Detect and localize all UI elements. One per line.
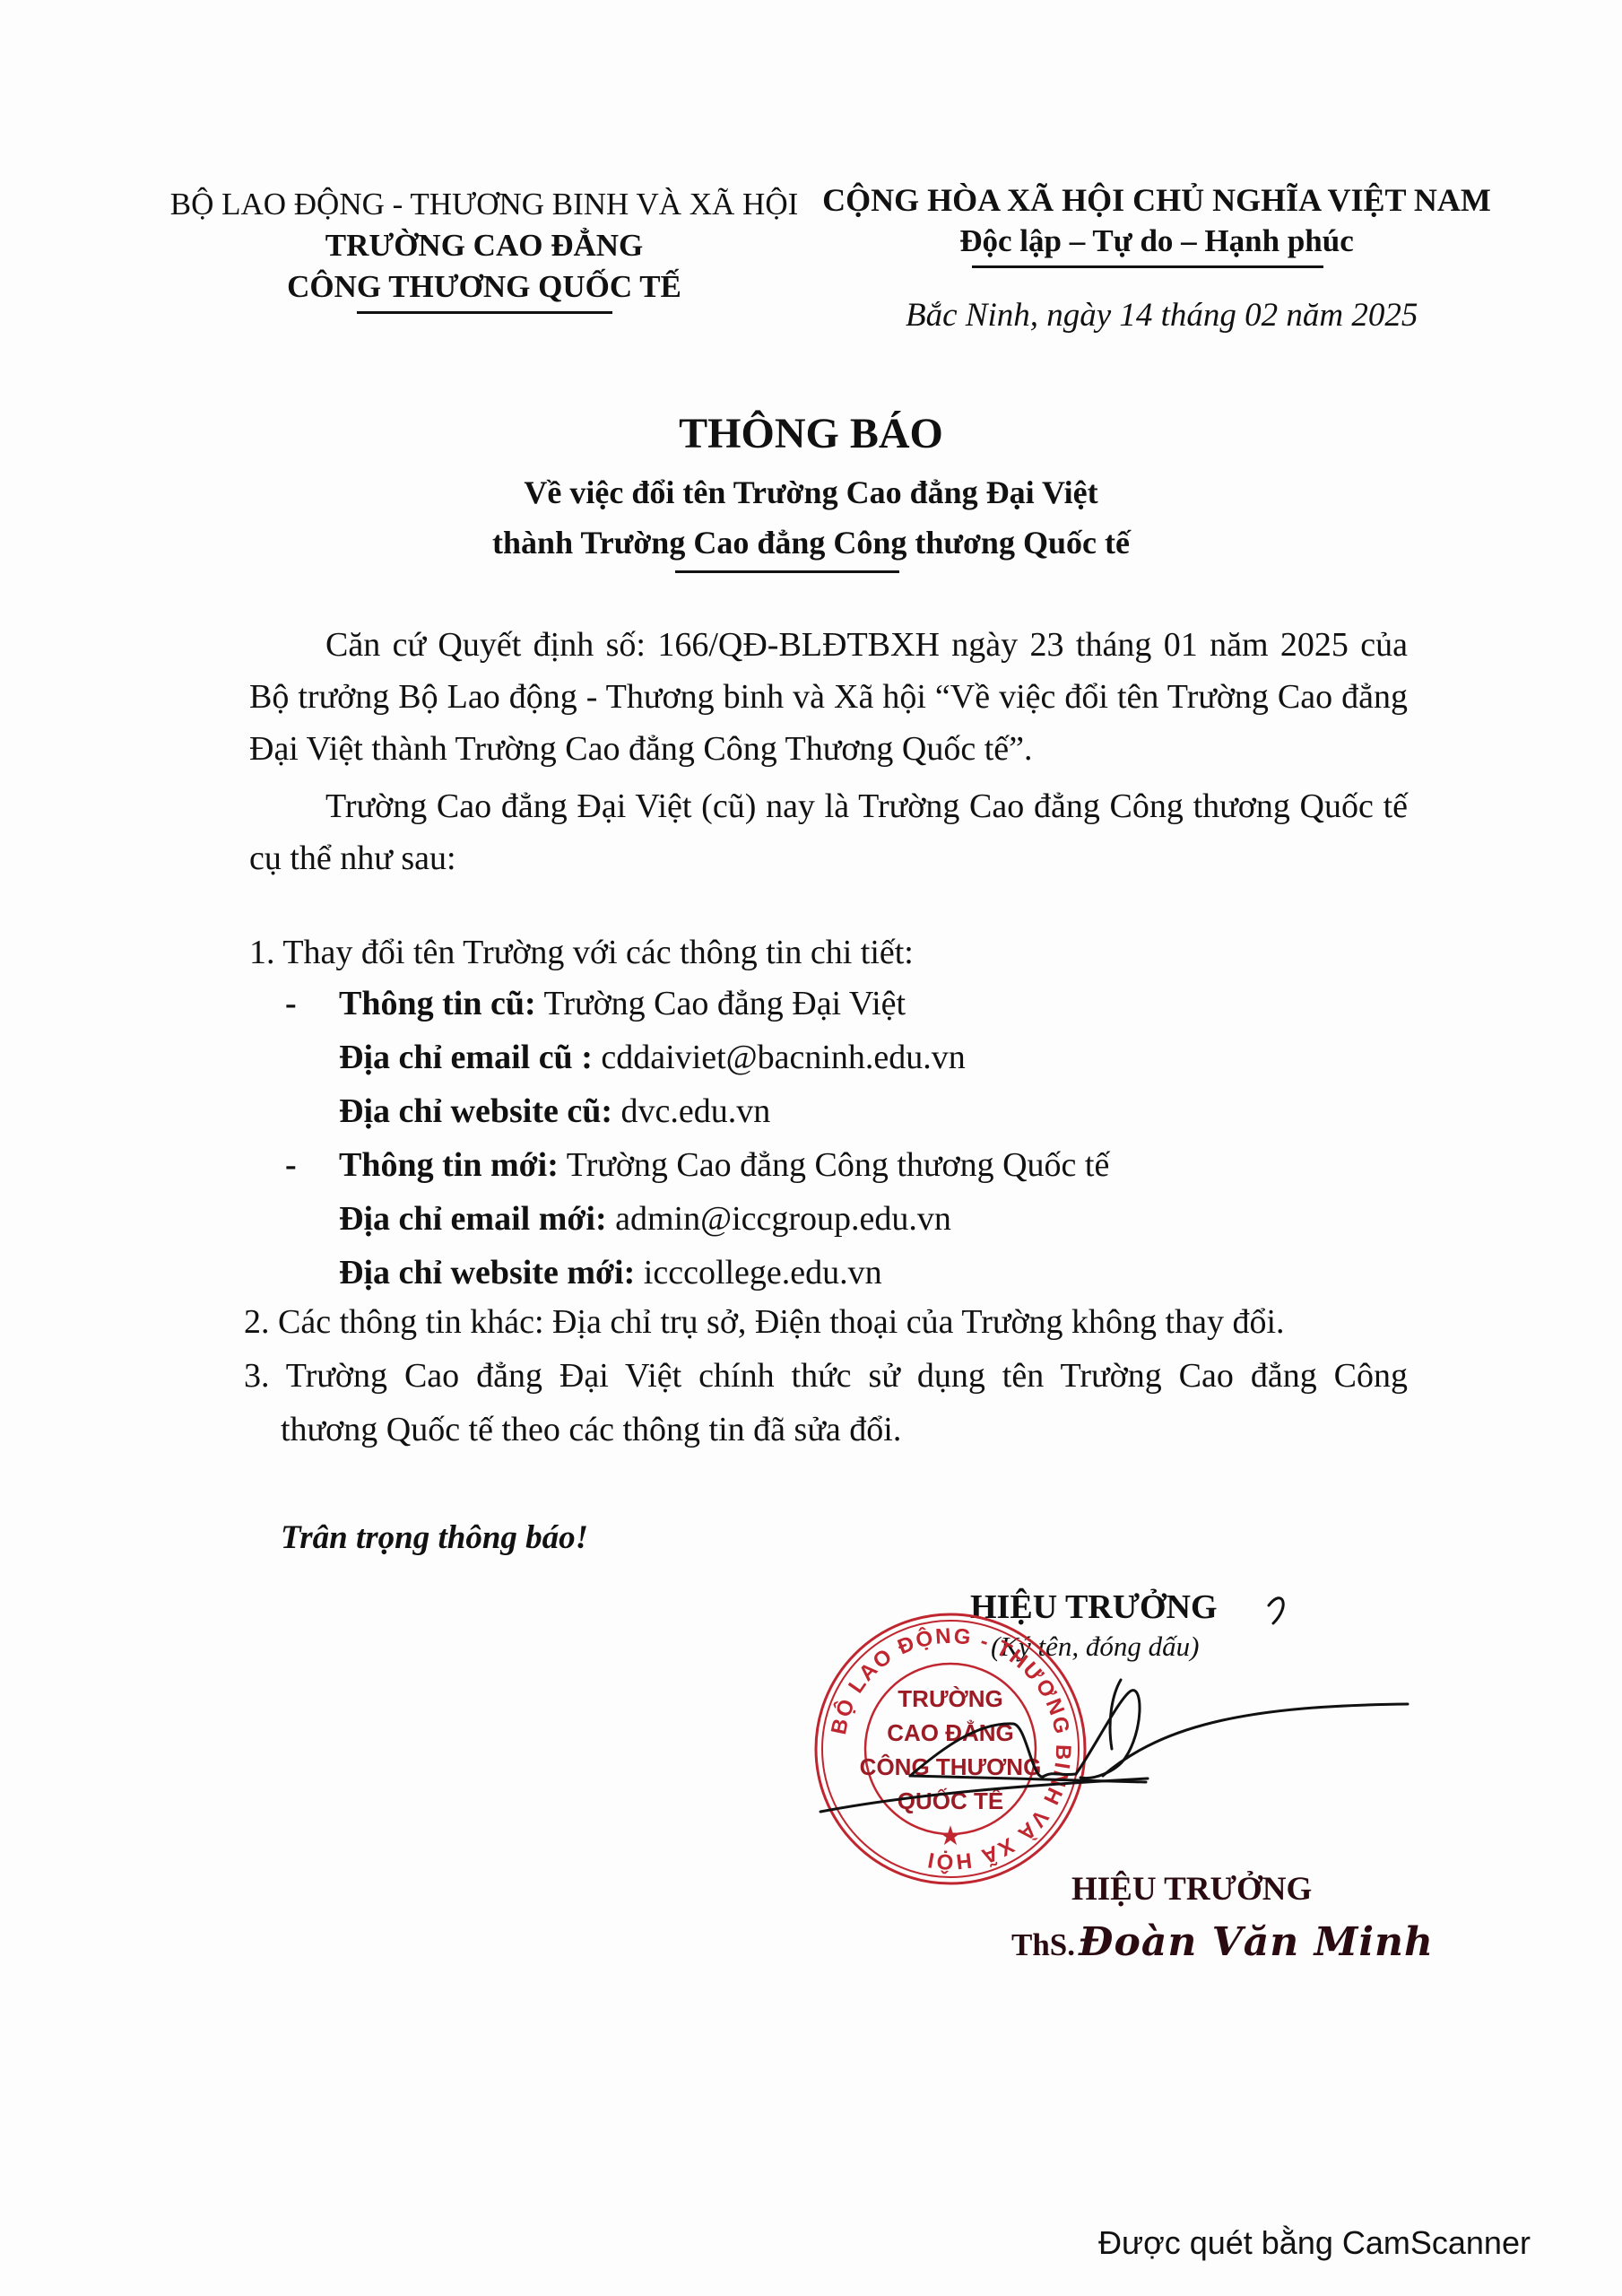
old-info-value: Trường Cao đẳng Đại Việt [543, 985, 906, 1022]
old-email: Địa chỉ email cũ : cddaiviet@bacninh.edu… [339, 1038, 966, 1077]
body-paragraph-1: Căn cứ Quyết định số: 166/QĐ-BLĐTBXH ngà… [249, 619, 1408, 775]
list-item-3-line2: thương Quốc tế theo các thông tin đã sửa… [281, 1410, 901, 1449]
closing-remark: Trân trọng thông báo! [281, 1518, 588, 1557]
new-website: Địa chỉ website mới: icccollege.edu.vn [339, 1253, 882, 1292]
signatory-name: ThS. Đoàn Văn Minh [1011, 1919, 1434, 1965]
issuing-authority: BỘ LAO ĐỘNG - THƯƠNG BINH VÀ XÃ HỘI TRƯỜ… [161, 184, 807, 314]
list-item-2: 2. Các thông tin khác: Địa chỉ trụ sở, Đ… [244, 1302, 1285, 1342]
old-email-value: cddaiviet@bacninh.edu.vn [601, 1039, 965, 1076]
handwritten-signature-icon [807, 1516, 1435, 1901]
signatory-degree: ThS. [1011, 1927, 1075, 1962]
old-info-name: Thông tin cũ: Trường Cao đẳng Đại Việt [339, 984, 906, 1023]
title-divider [675, 570, 899, 573]
signatory-fullname: Đoàn Văn Minh [1079, 1919, 1434, 1965]
new-email-value: admin@iccgroup.edu.vn [615, 1200, 951, 1238]
new-email-label: Địa chỉ email mới: [339, 1200, 607, 1238]
ministry-name: BỘ LAO ĐỘNG - THƯƠNG BINH VÀ XÃ HỘI [161, 184, 807, 225]
place-date: Bắc Ninh, ngày 14 tháng 02 năm 2025 [906, 296, 1418, 335]
document-subtitle-line1: Về việc đổi tên Trường Cao đẳng Đại Việt [0, 474, 1622, 511]
new-info-value: Trường Cao đẳng Công thương Quốc tế [567, 1146, 1110, 1184]
body-paragraph-2: Trường Cao đẳng Đại Việt (cũ) nay là Trư… [249, 780, 1408, 884]
old-info-label: Thông tin cũ: [339, 985, 536, 1022]
basis-paragraph: Căn cứ Quyết định số: 166/QĐ-BLĐTBXH ngà… [249, 619, 1408, 775]
nation-name: CỘNG HÒA XÃ HỘI CHỦ NGHĨA VIỆT NAM [807, 179, 1506, 221]
list-item-3-line1: 3. Trường Cao đẳng Đại Việt chính thức s… [244, 1356, 1408, 1396]
bullet-new: - [285, 1145, 297, 1185]
national-header: CỘNG HÒA XÃ HỘI CHỦ NGHĨA VIỆT NAM Độc l… [807, 179, 1506, 268]
school-name-line1: TRƯỜNG CAO ĐẲNG [161, 225, 807, 266]
new-info-name: Thông tin mới: Trường Cao đẳng Công thươ… [339, 1145, 1109, 1185]
camscanner-watermark: Được quét bằng CamScanner [1098, 2224, 1531, 2262]
document-title: THÔNG BÁO [0, 409, 1622, 458]
document-subtitle-line2: thành Trường Cao đẳng Công thương Quốc t… [0, 524, 1622, 561]
new-email: Địa chỉ email mới: admin@iccgroup.edu.vn [339, 1199, 951, 1239]
bullet-old: - [285, 984, 297, 1023]
header-right-divider [972, 265, 1323, 268]
signatory-title-printed: HIỆU TRƯỞNG [1071, 1870, 1312, 1909]
intro-paragraph: Trường Cao đẳng Đại Việt (cũ) nay là Trư… [249, 780, 1408, 884]
national-motto: Độc lập – Tự do – Hạnh phúc [807, 221, 1506, 262]
old-website-label: Địa chỉ website cũ: [339, 1092, 612, 1130]
new-website-value: icccollege.edu.vn [644, 1254, 882, 1291]
new-website-label: Địa chỉ website mới: [339, 1254, 635, 1291]
school-name-line2: CÔNG THƯƠNG QUỐC TẾ [161, 266, 807, 308]
header-left-divider [357, 311, 612, 314]
old-website-value: dvc.edu.vn [621, 1092, 771, 1130]
old-email-label: Địa chỉ email cũ : [339, 1039, 593, 1076]
new-info-label: Thông tin mới: [339, 1146, 559, 1184]
old-website: Địa chỉ website cũ: dvc.edu.vn [339, 1091, 770, 1131]
list-item-1: 1. Thay đổi tên Trường với các thông tin… [249, 933, 914, 972]
